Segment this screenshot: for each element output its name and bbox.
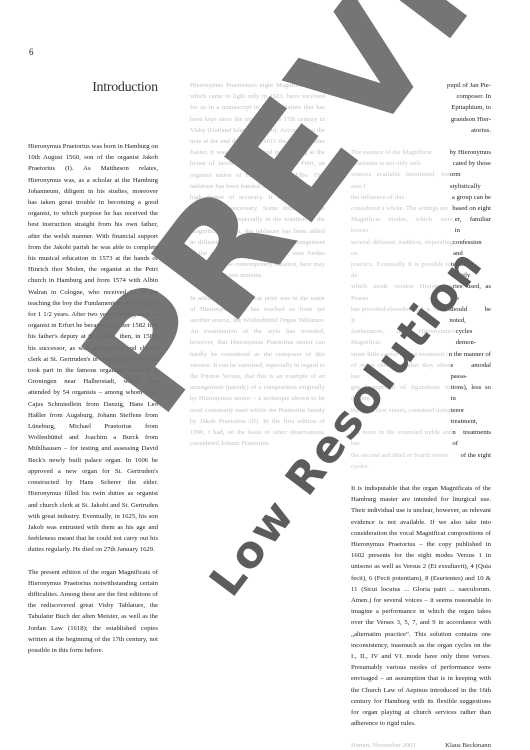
right-line-dark: cycles demon- — [456, 326, 491, 348]
right-line-dark: cated by those — [453, 158, 491, 169]
page-title: Introduction — [70, 80, 180, 96]
right-line-fade: the second and third or fourth verses — [351, 450, 449, 461]
right-line: Epitaphium, to — [351, 102, 491, 113]
right-line: composer. In — [351, 91, 491, 102]
right-line-fade: practice. Eventually it is possible to d… — [351, 259, 451, 281]
right-line-dark: based on eight — [452, 203, 491, 214]
right-line-fade: the influence of this — [351, 192, 404, 203]
right-line-fade: strate little cantus firmus treatment i — [351, 349, 448, 360]
right-line-dark: a group can be — [452, 192, 491, 203]
right-line-fade: but more in the extended treble and bas — [351, 427, 452, 449]
right-line-fade: of organ chorale. Rather they often hav — [351, 360, 450, 382]
right-line: pupil of Jan Pie- — [351, 80, 491, 91]
right-line-fade: furthermore, that Hieronymus's Magnifica… — [351, 326, 456, 348]
right-line-fade: ges (comprised of figurations or diminu — [351, 382, 451, 404]
right-line: grandson Hier- — [351, 114, 491, 125]
right-line-dark: orm stylistically — [450, 169, 491, 191]
right-line-dark: ries used, as he — [453, 281, 491, 303]
right-line-fade: has provided elsewhere (cf. p. 10 f.). I… — [351, 304, 449, 326]
left-column: Hieronymus Praetorius was born in Hambur… — [28, 141, 158, 667]
right-line-fade: considered a whole. The settings are — [351, 203, 448, 214]
right-line: atorius. — [351, 125, 491, 136]
right-line-dark: n the manner of — [449, 349, 491, 360]
right-line-fade: which mode version Hieronymus Praeto — [351, 281, 453, 303]
signoff-author: Klaus Beckmann — [445, 740, 491, 750]
right-line-dark: er, familiar in — [455, 214, 491, 236]
right-line-dark: should be noted, — [449, 304, 491, 326]
middle-column: Hieronymus Praetorius's eight Magnificat… — [190, 80, 325, 461]
right-line-fade: sources available mentioned, but also f — [351, 169, 450, 191]
right-line-dark: by Hieronymus — [450, 147, 491, 158]
signoff: Herten, November 2001 Klaus Beckmann — [351, 740, 491, 750]
right-line-fade: several different tradition, depending o… — [351, 237, 453, 259]
right-line-dark: n treatments of — [452, 427, 491, 449]
right-line-dark: tenor treatment, — [451, 405, 491, 427]
right-paragraph-3: It is indisputable that the organ Magnif… — [351, 483, 491, 729]
left-paragraph-2: The present edition of the organ Magnifi… — [28, 567, 158, 657]
right-paragraph-1: pupil of Jan Pie- composer. In Epitaphiu… — [351, 80, 491, 136]
signoff-place-date: Herten, November 2001 — [351, 740, 416, 750]
right-paragraph-2: The essence of the Magnificatby Hieronym… — [351, 147, 491, 472]
right-column: pupil of Jan Pie- composer. In Epitaphiu… — [351, 80, 491, 750]
right-line-fade: cycles. — [351, 461, 491, 472]
right-line-dark: termine exactly — [451, 259, 491, 281]
page-number: 6 — [29, 47, 34, 57]
right-line-dark: confession and — [453, 237, 491, 259]
middle-paragraph-2: In addition the Magnificat print was in … — [190, 293, 325, 450]
left-paragraph-1: Hieronymus Praetorius was born in Hambur… — [28, 141, 158, 556]
right-line-dark: e amodal passa- — [450, 360, 491, 382]
right-line-fade: Magnificat modes, which were, howev — [351, 214, 455, 236]
right-line-fade: the short first verses, contained using … — [351, 405, 451, 427]
right-line-fade: Praetorius is not only indi- — [351, 158, 422, 169]
middle-paragraph-1: Hieronymus Praetorius's eight Magnificat… — [190, 80, 325, 282]
right-line-dark: of the eight — [461, 450, 491, 461]
right-line-dark: tions), less so in — [451, 382, 491, 404]
right-line-fade: The essence of the Magnificat — [351, 147, 432, 158]
